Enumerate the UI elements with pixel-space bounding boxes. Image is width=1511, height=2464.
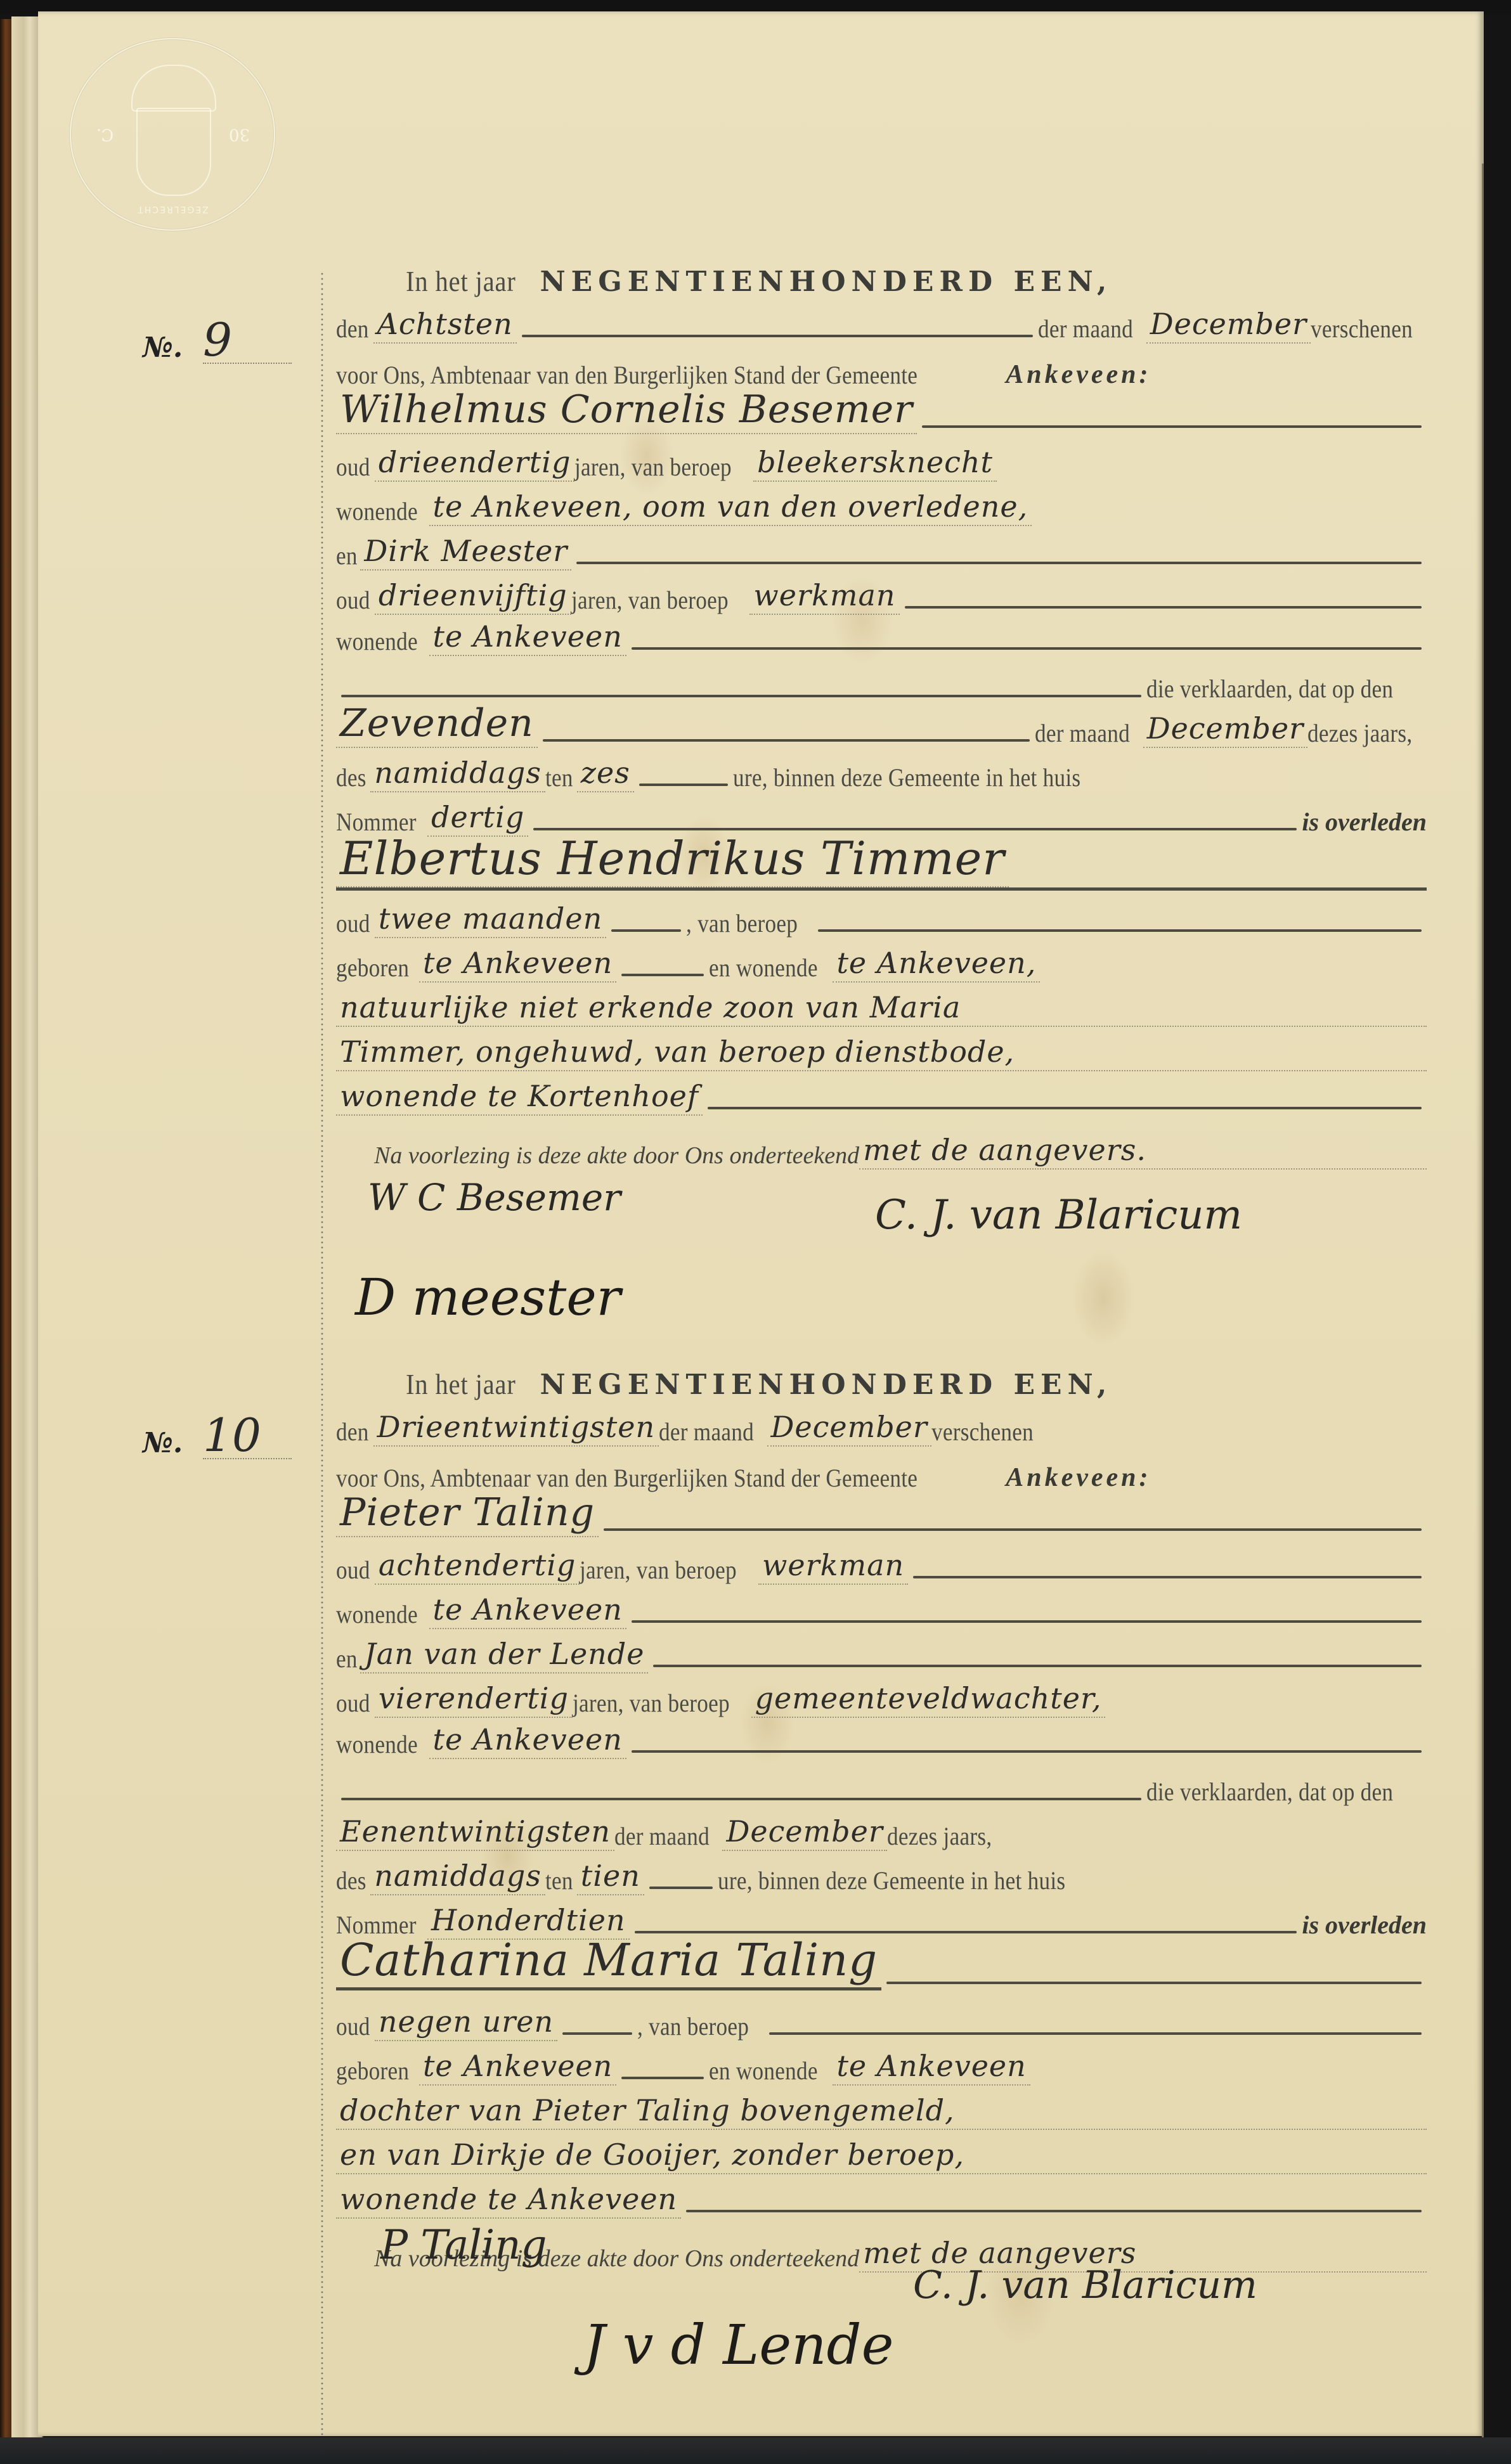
label-jaren-beroep: jaren, van beroep [573,1688,730,1718]
label-der-maand: der maand [614,1821,710,1851]
row-official: voor Ons, Ambtenaar van den Burgerlijken… [336,345,1427,390]
row-declarant1-name: Pieter Taling [336,1493,1427,1537]
row-declarant1-residence: wonende te Ankeveen [336,1585,1427,1629]
field-parents-line3: wonende te Ankeveen [336,2182,681,2219]
field-death-month: December [722,1814,886,1851]
signature-official: C. J. van Blaricum [875,1192,1242,1239]
row-birth-residence: geboren te Ankeveen en wonende te Ankeve… [336,938,1427,983]
field-hour: zes [577,756,634,792]
row-declared: die verklaarden, dat op den [336,659,1427,704]
label-oud: oud [336,908,370,938]
label-jaren-beroep: jaren, van beroep [571,585,729,615]
fill-line [905,606,1422,609]
page-right-edge [1482,164,1484,2446]
row-parents-1: natuurlijke niet erkende zoon van Maria [336,983,1427,1027]
field-hour: tien [577,1859,644,1895]
fill-line [543,739,1030,742]
row-declared: die verklaarden, dat op den [336,1762,1427,1807]
fill-line [886,1982,1422,1984]
field-residence: te Ankeveen [833,2049,1030,2086]
field-death-month: December [1143,711,1307,748]
embossed-seal: C. 30 ZEGELRECHT [70,38,275,231]
field-declarant2-residence: te Ankeveen [429,619,626,656]
label-oud: oud [336,1688,370,1718]
row-deceased-age: oud negen uren , van beroep [336,1997,1427,2041]
field-month-appeared: December [767,1410,931,1447]
fill-line [708,1107,1422,1109]
field-declarant2-occupation: werkman [749,578,899,615]
label-des: des [336,763,366,792]
field-birthplace: te Ankeveen [419,946,616,983]
label-den: den [336,1417,369,1447]
label-des: des [336,1866,366,1895]
label-is-overleden: is overleden [1302,807,1427,837]
label-geboren: geboren [336,953,409,983]
fill-line [649,1887,713,1889]
fill-line [632,1620,1422,1623]
fill-line [818,929,1422,932]
label-die-verklaarden: die verklaarden, dat op den [1146,674,1393,704]
numero-sign: №. [143,332,183,364]
municipality-name: Ankeveen: [1006,359,1151,390]
label-ure-binnen: ure, binnen deze Gemeente in het huis [733,763,1080,792]
fill-line [621,974,704,976]
signature-official: C. J. van Blaricum [913,2263,1257,2307]
signature-declarant2: D meester [355,1268,621,1327]
label-ten: ten [545,1866,573,1895]
field-parents-line1: natuurlijke niet erkende zoon van Maria [336,990,1427,1027]
field-time-of-day: namiddags [370,1859,545,1895]
label-wonende: wonende [336,496,418,526]
row-appeared: den Drieentwintigsten der maand December… [336,1402,1427,1447]
label-voor-ons: voor Ons, Ambtenaar van den Burgerlijken… [336,1463,918,1493]
fill-line [576,562,1422,564]
field-declarant2-residence: te Ankeveen [429,1722,626,1759]
act-10-form: In het jaar NEGENTIENHONDERD EEN, den Dr… [336,1357,1427,2447]
label-geboren: geboren [336,2056,409,2086]
label-die-verklaarden: die verklaarden, dat op den [1146,1777,1393,1807]
row-parents-1: dochter van Pieter Taling bovengemeld, [336,2086,1427,2130]
field-death-day: Zevenden [336,701,538,748]
fill-line [639,784,728,786]
field-signed-with: met de aangevers. [859,1133,1427,1170]
row-parents-2: en van Dirkje de Gooijer, zonder beroep, [336,2130,1427,2174]
signature-declarant1: W C Besemer [368,1176,621,1219]
label-oud: oud [336,2011,370,2041]
label-year-intro: In het jaar [406,1367,516,1401]
act-number-value: 9 [203,317,292,364]
fill-line [632,1750,1422,1753]
field-deceased-age: twee maanden [375,901,606,938]
row-year: In het jaar NEGENTIENHONDERD EEN, [336,1357,1427,1401]
fill-line [769,2032,1422,2035]
row-year: In het jaar NEGENTIENHONDERD EEN, [336,254,1427,298]
field-declarant1-residence: te Ankeveen, oom van den overledene, [429,489,1032,526]
field-parents-line2: en van Dirkje de Gooijer, zonder beroep, [336,2138,1427,2174]
fill-line [653,1665,1422,1667]
seal-ring-text: ZEGELRECHT [71,204,274,214]
row-deceased-name: Catharina Maria Taling [336,1946,1427,1990]
fill-line [611,929,681,932]
fill-line [686,2210,1422,2212]
book-cover-bottom-edge [0,2437,1511,2464]
fill-line [341,695,1141,697]
field-parents-line1: dochter van Pieter Taling bovengemeld, [336,2093,1427,2130]
act-number-value: 10 [203,1412,292,1459]
label-der-maand: der maand [1035,718,1130,748]
act-number-9: №. 9 [143,317,292,364]
field-declarant2-occupation: gemeenteveldwachter, [751,1681,1106,1718]
label-wonende: wonende [336,1729,418,1759]
field-declarant1-age: achtendertig [375,1548,580,1585]
field-declarant1-residence: te Ankeveen [429,1592,626,1629]
signature-declarant2: J v d Lende [583,2314,893,2377]
label-en: en [336,541,358,571]
field-declarant1-occupation: bleekersknecht [753,445,997,482]
label-en-wonende: en wonende [709,2056,818,2086]
label-oud: oud [336,1555,370,1585]
year-text: NEGENTIENHONDERD EEN, [540,266,1112,298]
label-wonende: wonende [336,1599,418,1629]
field-declarant2-name: Dirk Meester [360,534,571,571]
fill-line [635,1931,1297,1933]
label-year-intro: In het jaar [406,264,516,298]
fill-line [533,828,1297,830]
label-voor-ons: voor Ons, Ambtenaar van den Burgerlijken… [336,360,918,390]
coat-of-arms-icon [136,108,211,196]
row-declarant2-age: oud drieenvijftig jaren, van beroep werk… [336,571,1427,615]
seal-value-left: C. [96,125,113,144]
field-birthplace: te Ankeveen [419,2049,616,2086]
field-time-of-day: namiddags [370,756,545,792]
crown-icon [131,65,216,112]
field-declarant1-occupation: werkman [758,1548,908,1585]
year-text: NEGENTIENHONDERD EEN, [540,1369,1112,1401]
field-declarant2-name: Jan van der Lende [360,1637,648,1674]
label-verschenen: verschenen [931,1417,1034,1447]
row-house-number: Nommer dertig is overleden [336,792,1427,837]
row-appeared: den Achtsten der maand December verschen… [336,299,1427,344]
field-deceased-age: negen uren [375,2004,557,2041]
row-death-date: Eenentwintigsten der maand December deze… [336,1807,1427,1851]
field-residence: te Ankeveen, [833,946,1040,983]
seal-value-right: 30 [229,125,250,144]
label-na-voorlezing: Na voorlezing is deze akte door Ons onde… [374,1142,859,1170]
row-parents-3: wonende te Kortenhoef [336,1071,1427,1116]
field-declarant2-age: vierendertig [375,1681,573,1718]
row-signed: Na voorlezing is deze akte door Ons onde… [336,1125,1427,1170]
label-ten: ten [545,763,573,792]
fill-line [604,1528,1422,1531]
field-deceased-name: Elbertus Hendrikus Timmer [336,832,1009,887]
label-is-overleden: is overleden [1302,1910,1427,1940]
field-declarant1-name: Wilhelmus Cornelis Besemer [336,387,917,434]
label-dezes-jaars: dezes jaars, [1307,718,1412,748]
numero-sign: №. [143,1427,183,1459]
act-number-10: №. 10 [143,1412,292,1459]
field-day-appeared: Drieentwintigsten [373,1410,659,1447]
fill-line [632,647,1422,650]
row-death-date: Zevenden der maand December dezes jaars, [336,704,1427,748]
margin-wavy-rule [320,271,324,2439]
fill-line [522,335,1034,337]
row-deceased-name: Elbertus Hendrikus Timmer [336,843,1427,891]
row-declarant1-name: Wilhelmus Cornelis Besemer [336,390,1427,434]
row-parents-3: wonende te Ankeveen [336,2174,1427,2219]
row-house-number: Nommer Honderdtien is overleden [336,1895,1427,1940]
field-month-appeared: December [1146,307,1311,344]
fill-line [913,1576,1422,1578]
field-deceased-name: Catharina Maria Taling [336,1934,881,1990]
row-declarant2-name: en Jan van der Lende [336,1629,1427,1674]
label-jaren-beroep: jaren, van beroep [580,1555,737,1585]
field-death-day: Eenentwintigsten [336,1814,614,1851]
label-jaren-beroep: jaren, van beroep [574,452,732,482]
fill-line [621,2077,704,2079]
row-death-time: des namiddags ten tien ure, binnen deze … [336,1851,1427,1895]
fill-line [562,2032,632,2035]
municipality-name: Ankeveen: [1006,1462,1151,1493]
row-official: voor Ons, Ambtenaar van den Burgerlijken… [336,1448,1427,1493]
label-dezes-jaars: dezes jaars, [887,1821,992,1851]
row-declarant2-name: en Dirk Meester [336,526,1427,571]
label-der-maand: der maand [1038,314,1133,344]
row-deceased-age: oud twee maanden , van beroep [336,894,1427,938]
field-day-appeared: Achtsten [373,307,517,344]
label-der-maand: der maand [659,1417,754,1447]
fill-line [922,425,1422,428]
label-verschenen: verschenen [1311,314,1413,344]
label-en: en [336,1644,358,1674]
row-declarant2-residence: wonende te Ankeveen [336,1715,1427,1759]
label-van-beroep: , van beroep [637,2011,749,2041]
label-wonende: wonende [336,626,418,656]
field-declarant1-name: Pieter Taling [336,1490,599,1537]
row-declarant1-residence: wonende te Ankeveen, oom van den overled… [336,482,1427,526]
field-declarant2-age: drieenvijftig [375,578,571,615]
row-death-time: des namiddags ten zes ure, binnen deze G… [336,748,1427,792]
row-declarant2-residence: wonende te Ankeveen [336,612,1427,656]
row-declarant1-age: oud achtendertig jaren, van beroep werkm… [336,1540,1427,1585]
label-oud: oud [336,585,370,615]
field-parents-line2: Timmer, ongehuwd, van beroep dienstbode, [336,1035,1427,1071]
label-oud: oud [336,452,370,482]
field-parents-line3: wonende te Kortenhoef [336,1079,703,1116]
row-declarant2-age: oud vierendertig jaren, van beroep gemee… [336,1674,1427,1718]
label-en-wonende: en wonende [709,953,818,983]
row-declarant1-age: oud drieendertig jaren, van beroep bleek… [336,437,1427,482]
label-van-beroep: , van beroep [686,908,798,938]
row-birth-residence: geboren te Ankeveen en wonende te Ankeve… [336,2041,1427,2086]
field-declarant1-age: drieendertig [375,445,575,482]
row-parents-2: Timmer, ongehuwd, van beroep dienstbode, [336,1027,1427,1071]
label-ure-binnen: ure, binnen deze Gemeente in het huis [718,1866,1065,1895]
label-den: den [336,314,369,344]
signature-declarant1: P Taling [380,2222,547,2269]
fill-line [341,1798,1141,1800]
